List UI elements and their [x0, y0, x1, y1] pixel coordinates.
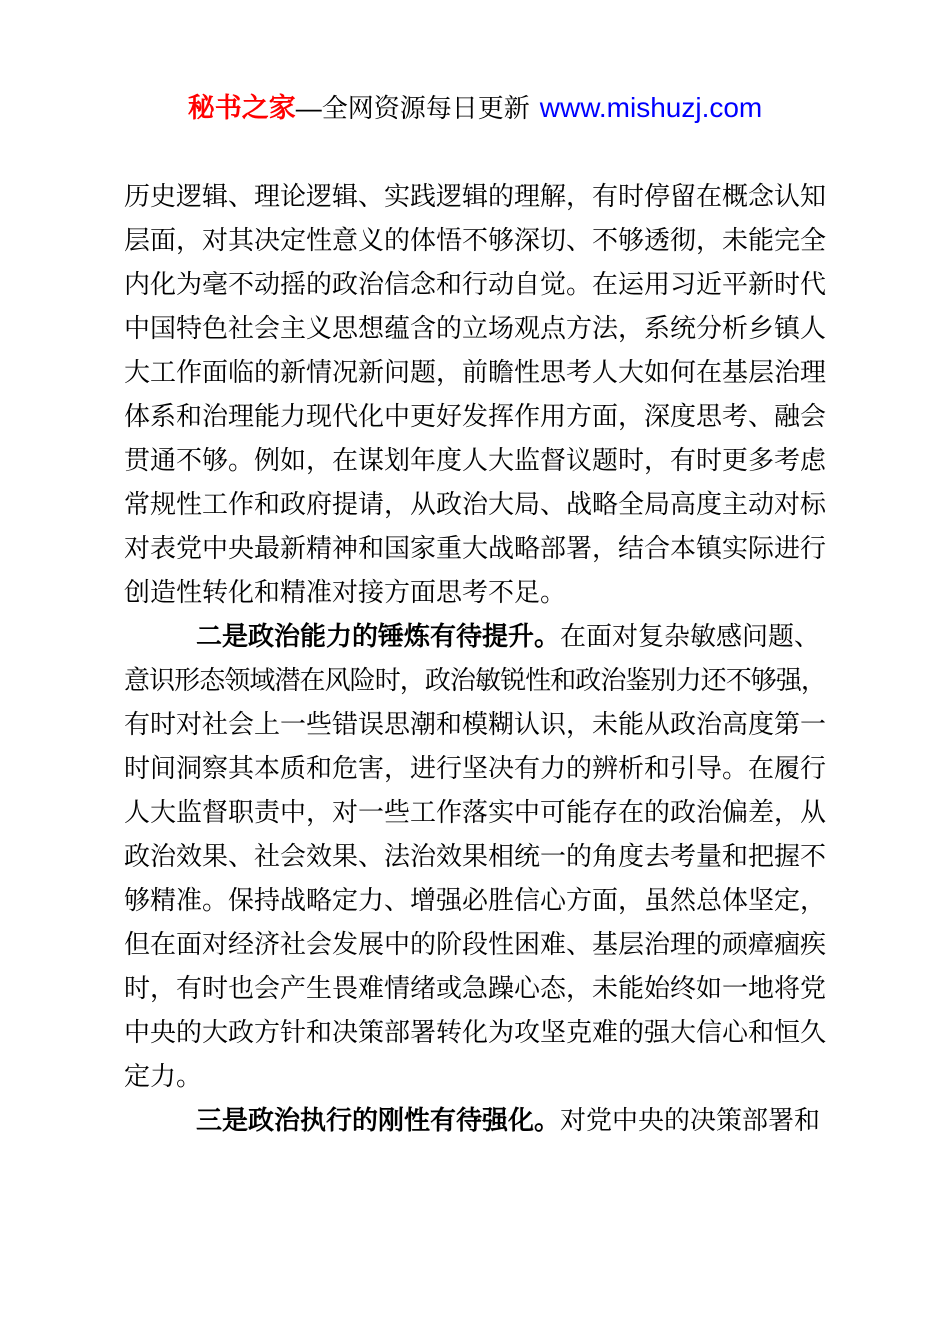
bold-heading-run: 二是政治能力的锤炼有待提升。	[196, 621, 560, 651]
text-line: 层面，对其决定性意义的体悟不够深切、不够透彻，未能完全	[124, 218, 826, 262]
text-line: 人大监督职责中，对一些工作落实中可能存在的政治偏差，从	[124, 790, 826, 834]
text-line: 意识形态领域潜在风险时，政治敏锐性和政治鉴别力还不够强，	[124, 658, 826, 702]
text-line: 对表党中央最新精神和国家重大战略部署，结合本镇实际进行	[124, 526, 826, 570]
text-line: 有时对社会上一些错误思潮和模糊认识，未能从政治高度第一	[124, 702, 826, 746]
site-tagline: —全网资源每日更新	[296, 93, 530, 123]
text-line: 常规性工作和政府提请，从政治大局、战略全局高度主动对标	[124, 482, 826, 526]
text-line: 但在面对经济社会发展中的阶段性困难、基层治理的顽瘴痼疾	[124, 922, 826, 966]
text-line: 内化为毫不动摇的政治信念和行动自觉。在运用习近平新时代	[124, 262, 826, 306]
text-line: 历史逻辑、理论逻辑、实践逻辑的理解，有时停留在概念认知	[124, 174, 826, 218]
site-header: 秘书之家—全网资源每日更新www.mishuzj.com	[0, 88, 950, 128]
text-line: 创造性转化和精准对接方面思考不足。	[124, 570, 826, 614]
text-line: 够精准。保持战略定力、增强必胜信心方面，虽然总体坚定，	[124, 878, 826, 922]
text-line: 中国特色社会主义思想蕴含的立场观点方法，系统分析乡镇人	[124, 306, 826, 350]
text-line: 定力。	[124, 1054, 826, 1098]
text-line: 大工作面临的新情况新问题，前瞻性思考人大如何在基层治理	[124, 350, 826, 394]
text-line: 三是政治执行的刚性有待强化。对党中央的决策部署和	[124, 1098, 826, 1142]
text-line: 时间洞察其本质和危害，进行坚决有力的辨析和引导。在履行	[124, 746, 826, 790]
text-line: 体系和治理能力现代化中更好发挥作用方面，深度思考、融会	[124, 394, 826, 438]
text-line: 中央的大政方针和决策部署转化为攻坚克难的强大信心和恒久	[124, 1010, 826, 1054]
text-line: 时，有时也会产生畏难情绪或急躁心态，未能始终如一地将党	[124, 966, 826, 1010]
site-brand: 秘书之家	[188, 93, 296, 123]
text-line: 贯通不够。例如，在谋划年度人大监督议题时，有时更多考虑	[124, 438, 826, 482]
site-url-link[interactable]: www.mishuzj.com	[540, 92, 762, 123]
text-line: 政治效果、社会效果、法治效果相统一的角度去考量和把握不	[124, 834, 826, 878]
document-body: 历史逻辑、理论逻辑、实践逻辑的理解，有时停留在概念认知层面，对其决定性意义的体悟…	[124, 174, 826, 1142]
document-page: 秘书之家—全网资源每日更新www.mishuzj.com 历史逻辑、理论逻辑、实…	[0, 0, 950, 1344]
bold-heading-run: 三是政治执行的刚性有待强化。	[196, 1105, 560, 1135]
text-line: 二是政治能力的锤炼有待提升。在面对复杂敏感问题、	[124, 614, 826, 658]
